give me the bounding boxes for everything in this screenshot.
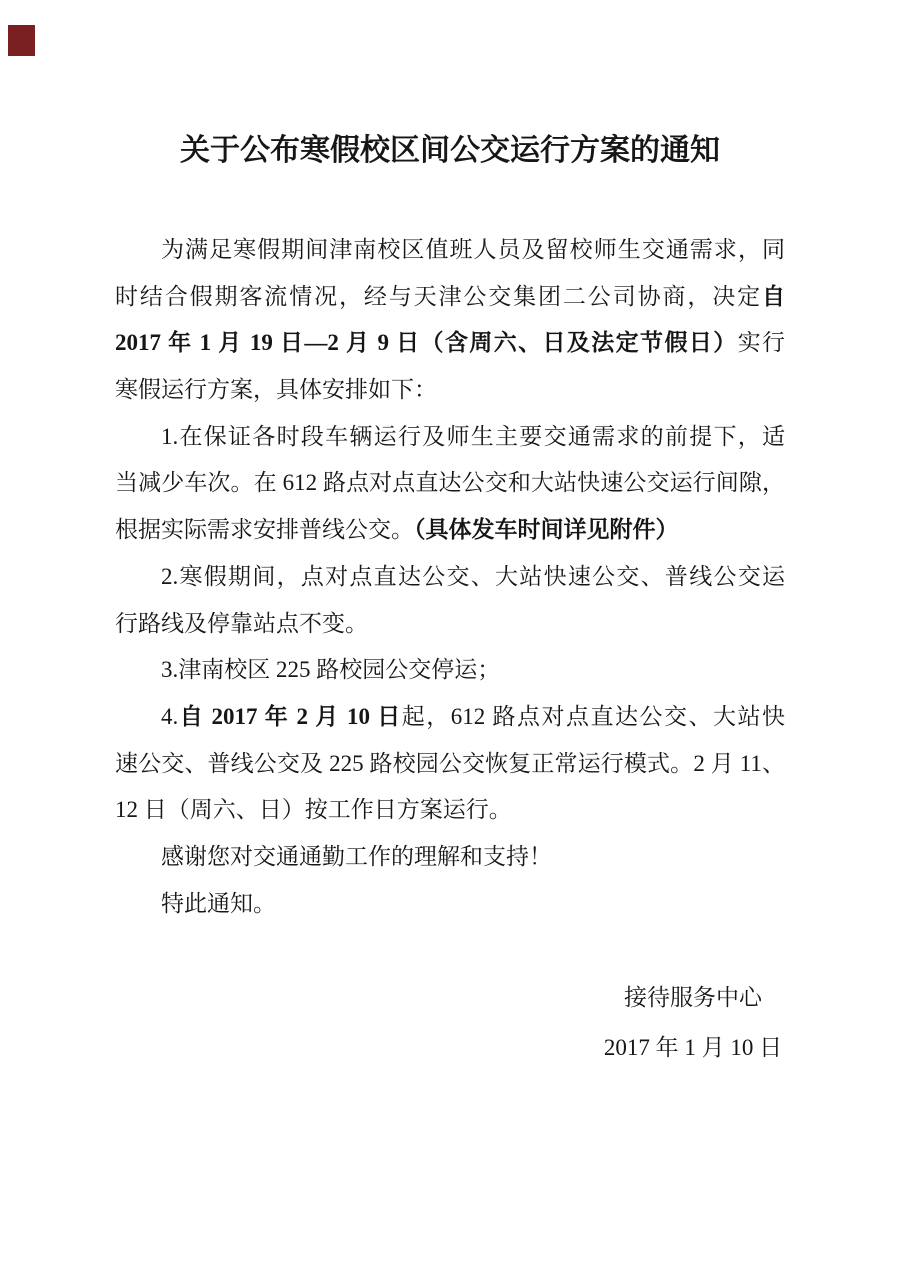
body-line: 1.在保证各时段车辆运行及师生主要交通需求的前提下，适: [115, 414, 785, 461]
signature-block: 接待服务中心 2017 年 1 月 10 日: [543, 973, 843, 1073]
body-line: 2017 年 1 月 19 日—2 月 9 日（含周六、日及法定节假日）实行: [115, 320, 785, 367]
text-segment: 速公交、普线公交及 225 路校园公交恢复正常运行模式。2 月 11、: [115, 751, 785, 776]
body-line: 行路线及停靠站点不变。: [115, 601, 785, 648]
text-segment: 寒假运行方案，具体安排如下：: [115, 377, 437, 402]
body-line: 3.津南校区 225 路校园公交停运；: [115, 647, 785, 694]
body-line: 速公交、普线公交及 225 路校园公交恢复正常运行模式。2 月 11、: [115, 741, 785, 788]
signature-org: 接待服务中心: [543, 973, 843, 1023]
text-segment: 1.在保证各时段车辆运行及师生主要交通需求的前提下，适: [161, 424, 785, 449]
text-segment: 自: [762, 284, 785, 309]
body-line: 为满足寒假期间津南校区值班人员及留校师生交通需求，同: [115, 227, 785, 274]
signature-date: 2017 年 1 月 10 日: [543, 1023, 843, 1073]
body-line: 根据实际需求安排普线公交。（具体发车时间详见附件）: [115, 507, 785, 554]
text-segment: 2017 年 1 月 19 日—2 月 9 日（含周六、日及法定节假日）: [115, 330, 738, 355]
body-line: 感谢您对交通通勤工作的理解和支持！: [115, 834, 785, 881]
notice-page: 关于公布寒假校区间公交运行方案的通知 为满足寒假期间津南校区值班人员及留校师生交…: [0, 0, 900, 1272]
body-line: 寒假运行方案，具体安排如下：: [115, 367, 785, 414]
text-segment: 4.: [161, 704, 178, 729]
text-segment: 2.寒假期间，点对点直达公交、大站快速公交、普线公交运: [161, 564, 785, 589]
document-body: 为满足寒假期间津南校区值班人员及留校师生交通需求，同时结合假期客流情况，经与天津…: [115, 227, 785, 927]
page-title: 关于公布寒假校区间公交运行方案的通知: [0, 128, 900, 174]
text-segment: 当减少车次。在 612 路点对点直达公交和大站快速公交运行间隙，: [115, 470, 785, 495]
corner-mark: [8, 25, 35, 56]
text-segment: 感谢您对交通通勤工作的理解和支持！: [161, 844, 552, 869]
text-segment: 起，612 路点对点直达公交、大站快: [402, 704, 785, 729]
body-line: 当减少车次。在 612 路点对点直达公交和大站快速公交运行间隙，: [115, 460, 785, 507]
text-segment: 3.津南校区 225 路校园公交停运；: [161, 657, 500, 682]
text-segment: 12 日（周六、日）按工作日方案运行。: [115, 797, 512, 822]
text-segment: （具体发车时间详见附件）: [414, 517, 679, 542]
body-line: 2.寒假期间，点对点直达公交、大站快速公交、普线公交运: [115, 554, 785, 601]
text-segment: 为满足寒假期间津南校区值班人员及留校师生交通需求，同: [161, 237, 785, 262]
body-line: 12 日（周六、日）按工作日方案运行。: [115, 787, 785, 834]
text-segment: 时结合假期客流情况，经与天津公交集团二公司协商，决定: [115, 284, 762, 309]
text-segment: 根据实际需求安排普线公交。: [115, 517, 414, 542]
body-line: 时结合假期客流情况，经与天津公交集团二公司协商，决定自: [115, 274, 785, 321]
text-segment: 特此通知。: [161, 891, 276, 916]
text-segment: 行路线及停靠站点不变。: [115, 611, 368, 636]
body-line: 4.自 2017 年 2 月 10 日起，612 路点对点直达公交、大站快: [115, 694, 785, 741]
text-segment: 实行: [738, 330, 785, 355]
text-segment: 自 2017 年 2 月 10 日: [178, 704, 402, 729]
body-line: 特此通知。: [115, 881, 785, 928]
